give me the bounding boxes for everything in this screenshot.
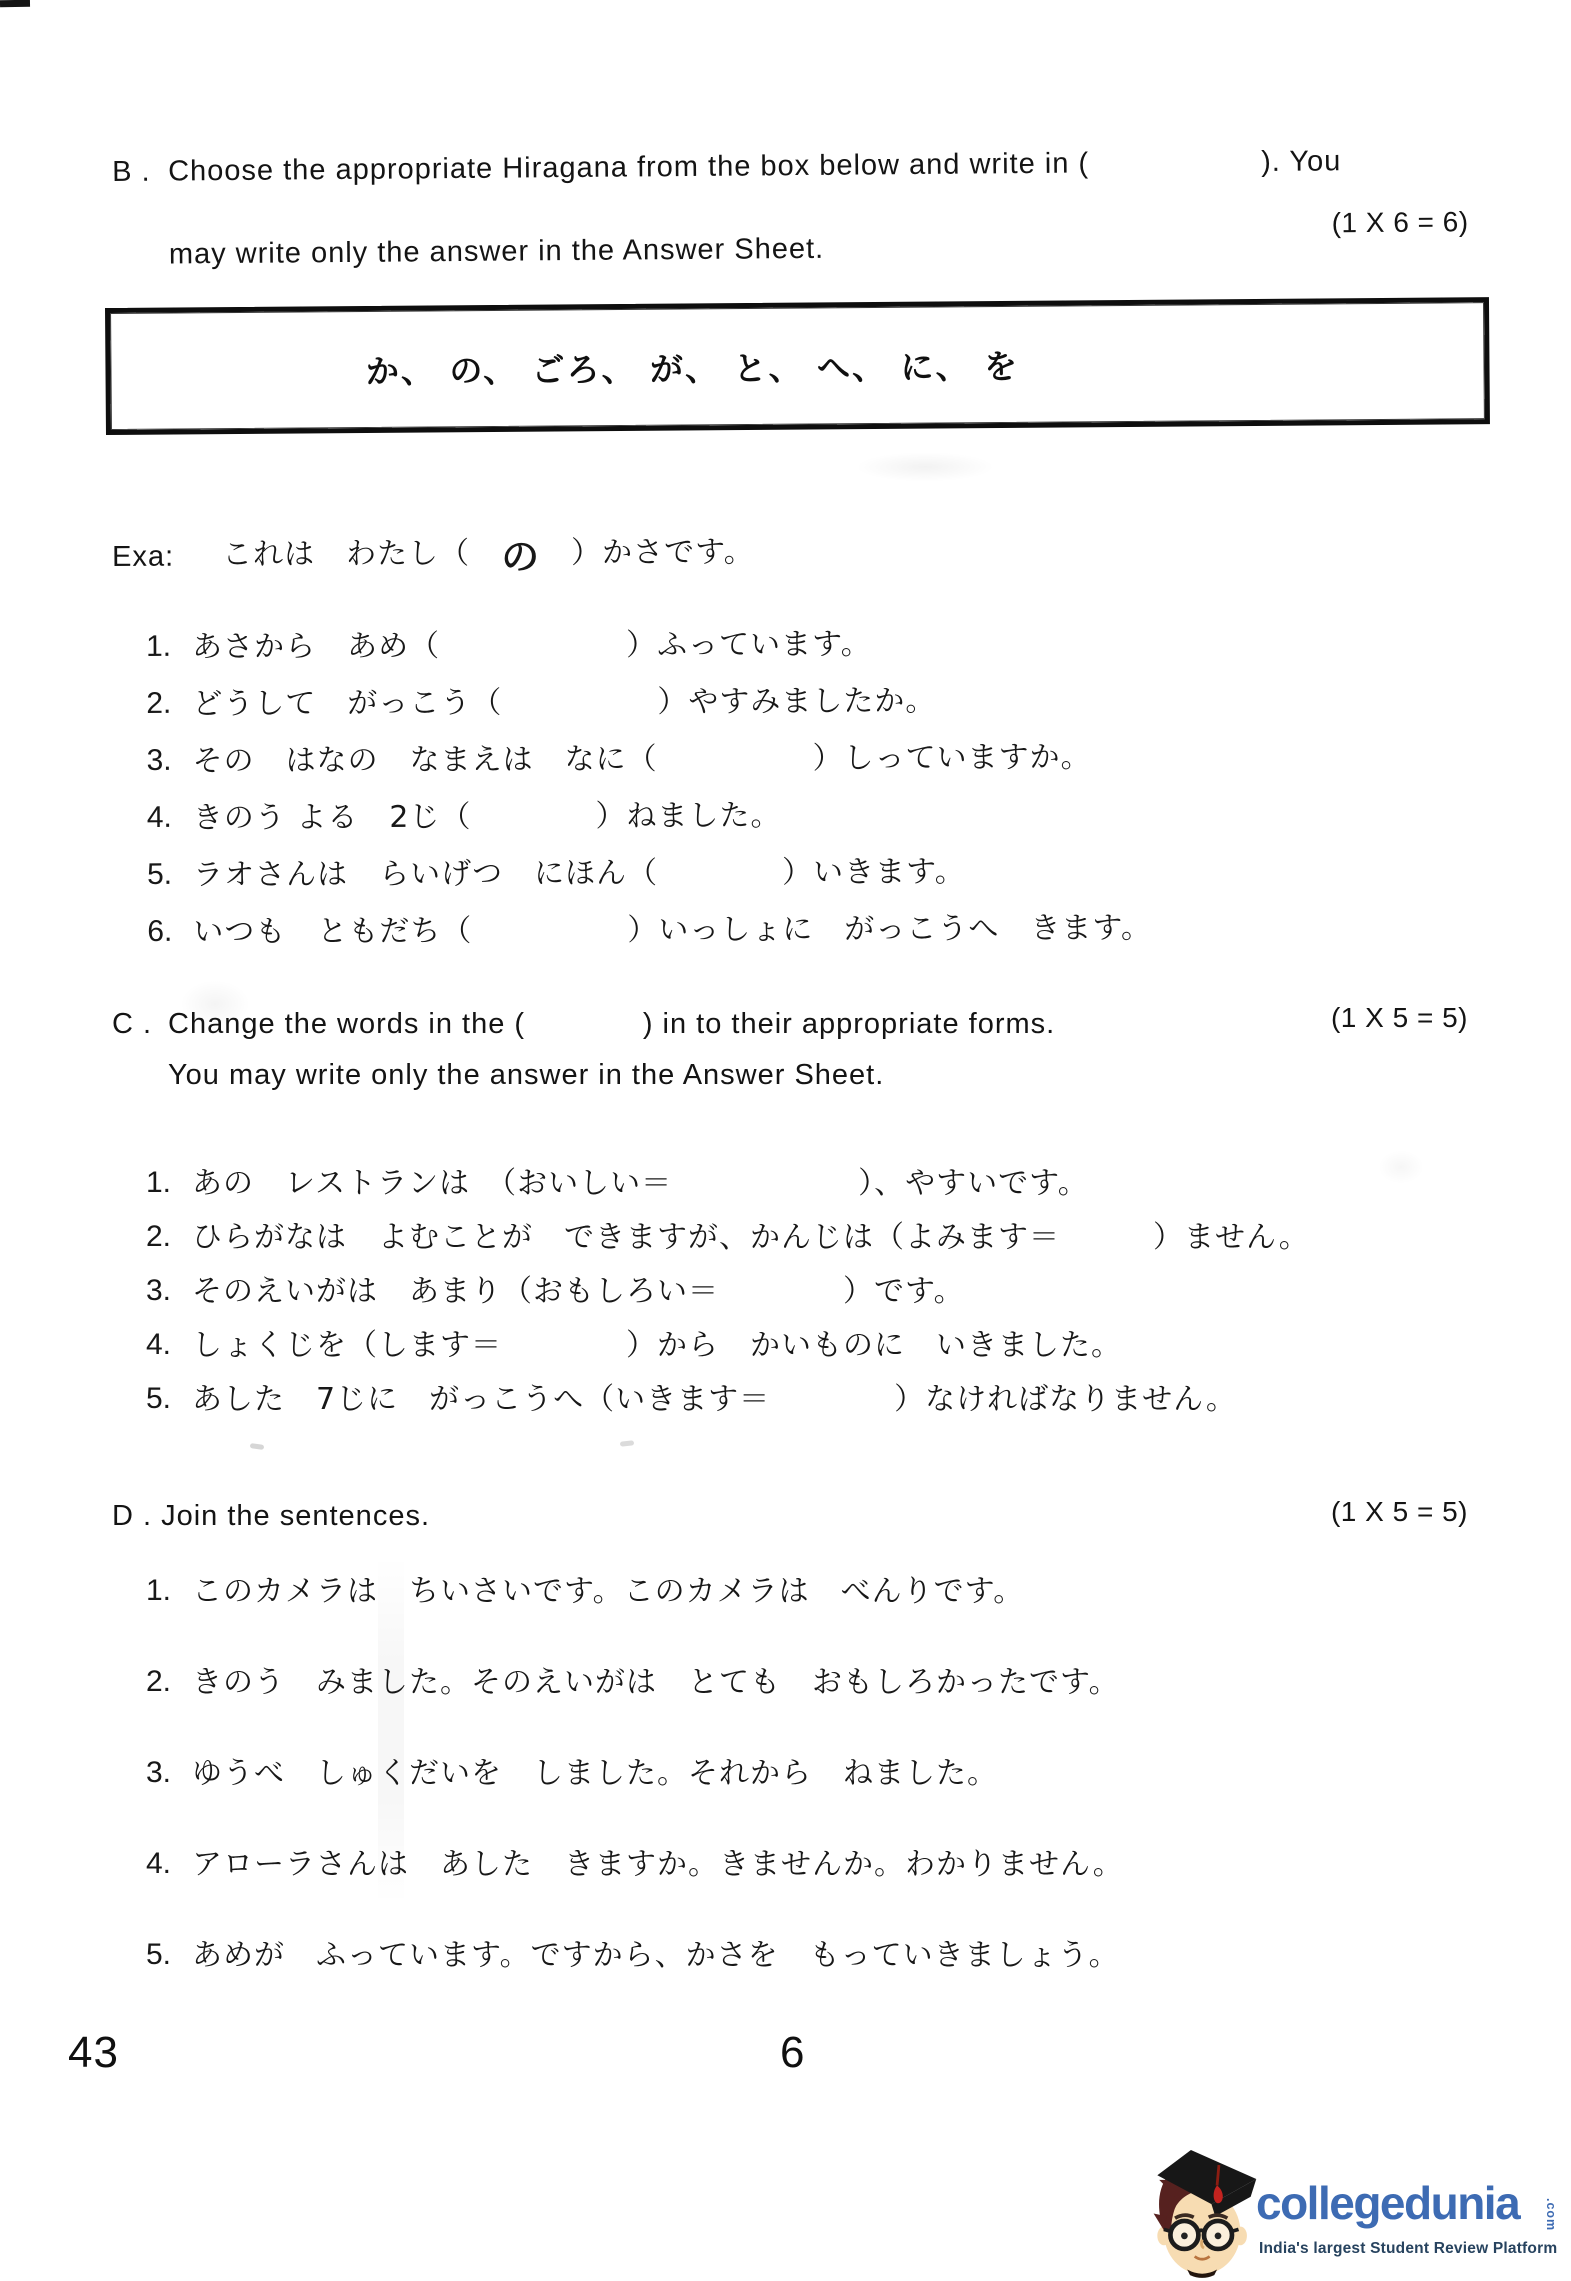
question-number: 4. <box>146 1847 192 1881</box>
section-c-instruction-line2: You may write only the answer in the Ans… <box>168 1059 1480 1092</box>
hiragana-choice-box-text: か、 の、 ごろ、 が、 と、 へ、 に、 を <box>366 339 1229 393</box>
question-text: きのう よる 2じ（ ）ねました。 <box>193 798 782 837</box>
scan-artifact-corner <box>0 0 30 7</box>
question-text: このカメラは ちいさいです。このカメラは べんりです。 <box>192 1574 1024 1610</box>
question-row: 2. どうして がっこう（ ）やすみましたか。 <box>146 683 1151 723</box>
question-row: 4. きのう よる 2じ（ ）ねました。 <box>147 797 1152 837</box>
section-b-header: B . Choose the appropriate Hiragana from… <box>112 144 1481 272</box>
question-row: 3. ゆうべ しゅくだいを しました。それから ねました。 <box>146 1756 1124 1792</box>
section-b-instruction-line2: may write only the answer in the Answer … <box>169 227 1481 271</box>
question-number: 1. <box>146 1166 192 1200</box>
question-row: 6. いつも ともだち（ ）いっしょに がっこうへ きます。 <box>147 911 1152 951</box>
collegedunia-tagline: India's largest Student Review Platform <box>1259 2240 1557 2258</box>
question-text: ひらがなは よむことが できますが、かんじは（よみます＝ ）ません。 <box>192 1220 1310 1256</box>
section-c-instruction-line1: Change the words in the ( ) in to their … <box>168 1008 1055 1041</box>
example-label: Exa: <box>112 541 174 574</box>
question-number: 4. <box>147 801 193 835</box>
question-text: どうして がっこう（ ）やすみましたか。 <box>192 684 936 723</box>
scanned-exam-page: B . Choose the appropriate Hiragana from… <box>0 0 1571 2281</box>
scan-artifact-smudge <box>1378 1150 1424 1184</box>
page-number-left: 43 <box>68 2028 119 2078</box>
question-row: 3. そのえいがは あまり（おもしろい＝ ）です。 <box>146 1274 1310 1310</box>
section-b-questions: 1. あさから あめ（ ）ふっています。 2. どうして がっこう（ ）やすみま… <box>146 626 1152 972</box>
scan-artifact-mark <box>620 1440 634 1446</box>
question-text: アローラさんは あした きますか。きませんか。わかりません。 <box>192 1847 1124 1883</box>
section-d-marks: (1 X 5 = 5) <box>1331 1496 1468 1528</box>
question-number: 1. <box>146 1574 192 1608</box>
page-number-center: 6 <box>780 2028 805 2078</box>
hiragana-choice-box: か、 の、 ごろ、 が、 と、 へ、 に、 を <box>105 297 1490 435</box>
section-c-marks: (1 X 5 = 5) <box>1331 1002 1468 1034</box>
scan-artifact-smudge <box>855 452 995 482</box>
question-row: 2. きのう みました。そのえいがは とても おもしろかったです。 <box>146 1665 1124 1701</box>
question-text: きのう みました。そのえいがは とても おもしろかったです。 <box>192 1665 1120 1701</box>
question-text: ゆうべ しゅくだいを しました。それから ねました。 <box>192 1756 998 1792</box>
question-text: しょくじを（します＝ ）から かいものに いきました。 <box>192 1328 1122 1364</box>
example-text-before: これは わたし（ <box>222 536 501 573</box>
collegedunia-mascot-icon <box>1148 2146 1260 2281</box>
question-number: 6. <box>147 915 193 949</box>
question-text: その はなの なまえは なに（ ）しっていますか。 <box>192 740 1091 780</box>
question-row: 4. しょくじを（します＝ ）から かいものに いきました。 <box>146 1328 1310 1364</box>
question-number: 3. <box>146 1274 192 1308</box>
example-answer: の <box>501 542 540 572</box>
question-number: 5. <box>147 858 193 892</box>
section-c-header: C . Change the words in the ( ) in to th… <box>112 1008 1480 1092</box>
collegedunia-logo: collegedunia .com India's largest Studen… <box>1148 2142 1568 2281</box>
section-d-header: D . Join the sentences. (1 X 5 = 5) <box>112 1500 1480 1533</box>
section-c-label: C . <box>112 1008 168 1041</box>
question-text: そのえいがは あまり（おもしろい＝ ）です。 <box>192 1274 965 1310</box>
question-row: 5. あめが ふっています。ですから、かさを もっていきましょう。 <box>146 1938 1124 1974</box>
question-row: 5. あした 7じに がっこうへ（いきます＝ ）なければなりません。 <box>146 1382 1310 1418</box>
example-row: Exa: これは わたし（ の ）かさです。 <box>112 535 755 574</box>
question-number: 5. <box>146 1382 192 1416</box>
question-row: 2. ひらがなは よむことが できますが、かんじは（よみます＝ ）ません。 <box>146 1220 1310 1256</box>
section-d-questions: 1. このカメラは ちいさいです。このカメラは べんりです。 2. きのう みま… <box>146 1574 1124 2029</box>
question-number: 2. <box>146 1220 192 1254</box>
question-row: 1. あの レストランは （おいしい＝ ）、やすいです。 <box>146 1166 1310 1202</box>
question-row: 1. このカメラは ちいさいです。このカメラは べんりです。 <box>146 1574 1124 1610</box>
question-row: 1. あさから あめ（ ）ふっています。 <box>146 626 1151 666</box>
question-row: 5. ラオさんは らいげつ にほん（ ）いきます。 <box>147 854 1152 894</box>
question-text: あした 7じに がっこうへ（いきます＝ ）なければなりません。 <box>192 1382 1237 1418</box>
question-number: 4. <box>146 1328 192 1362</box>
collegedunia-brand-text: collegedunia <box>1256 2176 1519 2230</box>
question-number: 1. <box>146 630 192 664</box>
section-b-instruction-line1: Choose the appropriate Hiragana from the… <box>168 145 1342 188</box>
question-row: 3. その はなの なまえは なに（ ）しっていますか。 <box>146 740 1151 780</box>
question-text: ラオさんは らいげつ にほん（ ）いきます。 <box>193 854 966 893</box>
question-number: 2. <box>146 687 192 721</box>
question-text: あさから あめ（ ）ふっています。 <box>192 627 872 666</box>
collegedunia-domain-text: .com <box>1544 2198 1558 2231</box>
section-b-label: B . <box>112 156 168 189</box>
question-number: 2. <box>146 1665 192 1699</box>
question-number: 3. <box>146 744 192 778</box>
section-b-marks: (1 X 6 = 6) <box>1331 206 1468 239</box>
question-number: 3. <box>146 1756 192 1790</box>
example-text-after: ）かさです。 <box>540 535 755 572</box>
section-d-label: D . Join the sentences. <box>112 1500 430 1532</box>
section-c-questions: 1. あの レストランは （おいしい＝ ）、やすいです。 2. ひらがなは よむ… <box>146 1166 1310 1436</box>
question-text: あめが ふっています。ですから、かさを もっていきましょう。 <box>192 1938 1120 1974</box>
question-text: あの レストランは （おいしい＝ ）、やすいです。 <box>192 1166 1089 1202</box>
scan-artifact-mark <box>250 1443 265 1450</box>
question-number: 5. <box>146 1938 192 1972</box>
question-text: いつも ともだち（ ）いっしょに がっこうへ きます。 <box>193 911 1152 951</box>
question-row: 4. アローラさんは あした きますか。きませんか。わかりません。 <box>146 1847 1124 1883</box>
